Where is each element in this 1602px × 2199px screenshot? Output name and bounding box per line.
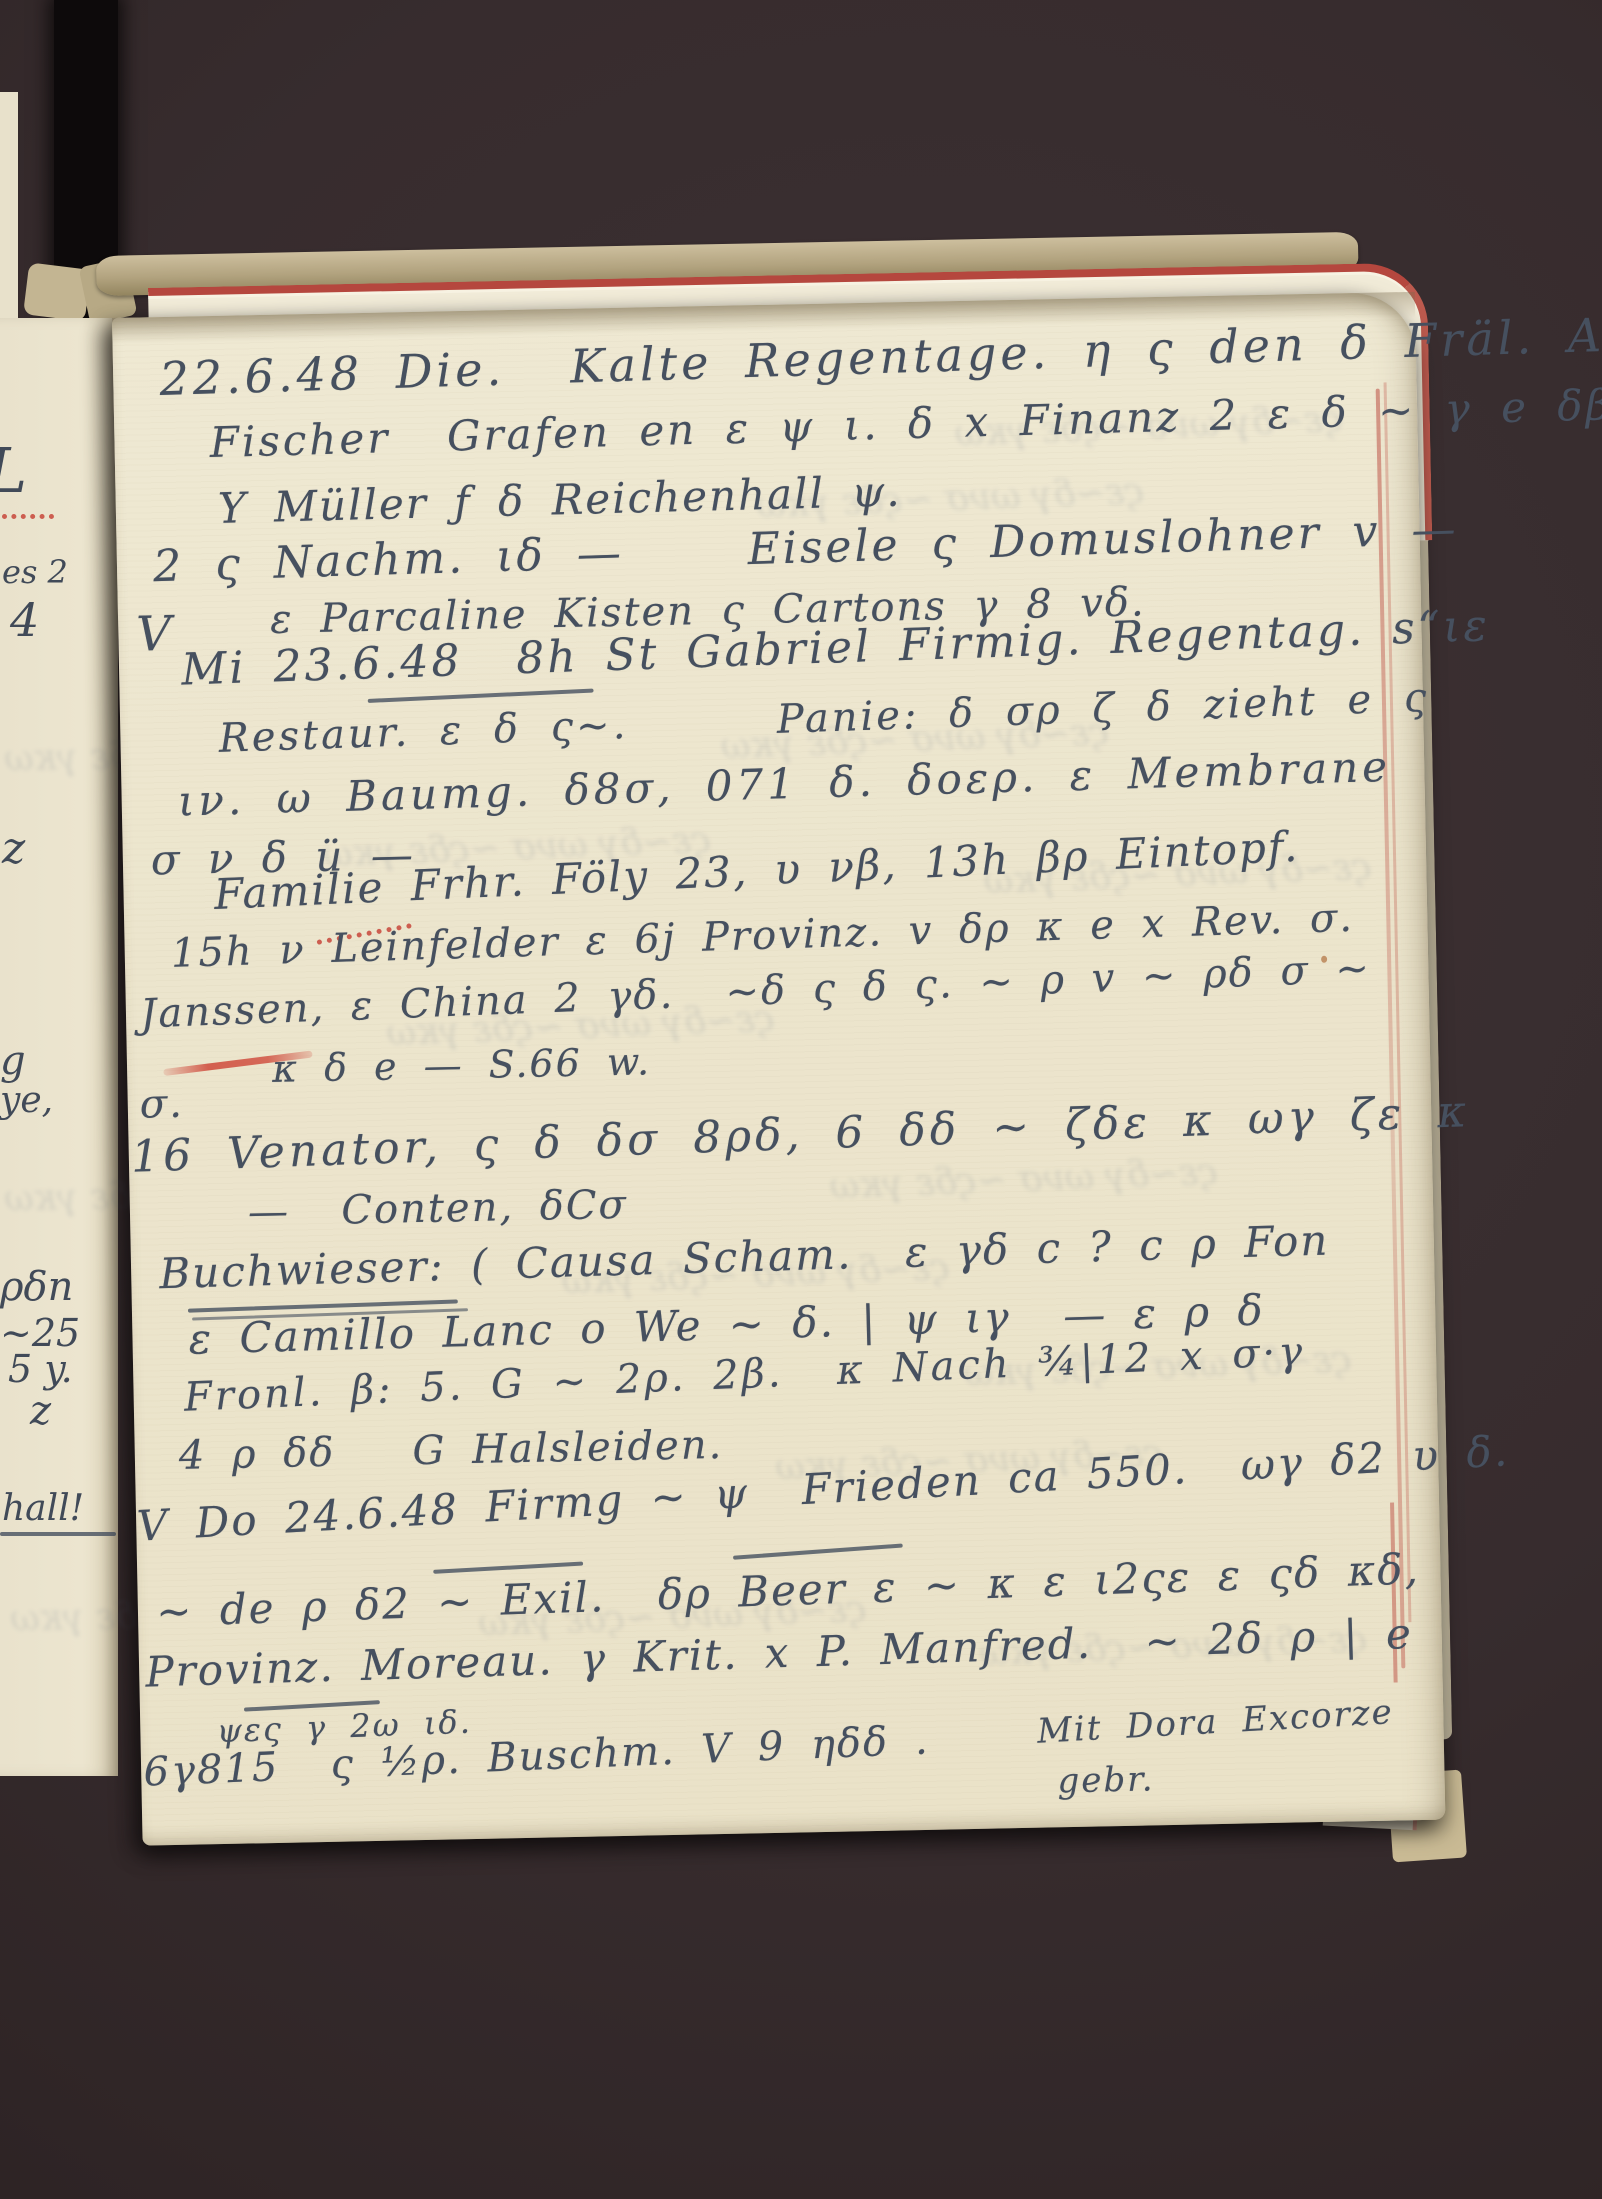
handwritten-line: σ. [139, 1083, 184, 1127]
handwritten-fragment: L [0, 438, 27, 503]
handwritten-fragment: 4 [10, 596, 39, 644]
handwritten-fragment: ρδn [0, 1266, 73, 1308]
handwritten-fragment: hall! [2, 1490, 84, 1528]
left-page: ςε~δγ ωνσ ~ςδε γκω ςε~δγ ωνσ ~ςδε γκω ςε… [0, 318, 118, 1776]
notebook-page: ςε~δγ ωνσ ~ςδε γκω ςε~δγ ωνσ ~ςδε γκω ςε… [112, 292, 1445, 1846]
handwritten-fragment: es 2 [2, 556, 68, 590]
handwritten-fragment: g [0, 1040, 26, 1082]
handwritten-fragment: z [30, 1390, 51, 1432]
ink-underline [0, 1532, 116, 1536]
handwritten-line: Mit Dora Excorze [1036, 1694, 1394, 1750]
left-page-sliver [0, 92, 18, 322]
ink-underline [433, 1562, 583, 1574]
handwritten-line: — Conten, δCσ [248, 1184, 629, 1235]
ink-underline [368, 688, 594, 702]
handwritten-fragment: z [2, 826, 25, 872]
ink-underline [733, 1543, 903, 1559]
handwritten-line: gebr. [1057, 1761, 1155, 1800]
red-pencil-mark [2, 514, 54, 519]
handwritten-fragment: 5 y. [8, 1350, 73, 1390]
diary-photo: ςε~δγ ωνσ ~ςδε γκω ςε~δγ ωνσ ~ςδε γκω ςε… [0, 0, 1602, 2199]
handwritten-line: 4 ρ δδ G Halsleiden. [178, 1424, 723, 1478]
handwritten-line: κ δ e — S.66 w. [272, 1041, 652, 1090]
handwritten-line: 16 Venator, ς δ δσ 8ρδ, 6 δδ ~ ζδε κ ωγ … [130, 1088, 1470, 1181]
handwritten-fragment: ye, [0, 1082, 53, 1120]
ink-bleed-ghost: ςε~δγ ωνσ ~ςδε γκω [829, 1155, 1219, 1206]
margin-checkmark: V [136, 609, 174, 662]
